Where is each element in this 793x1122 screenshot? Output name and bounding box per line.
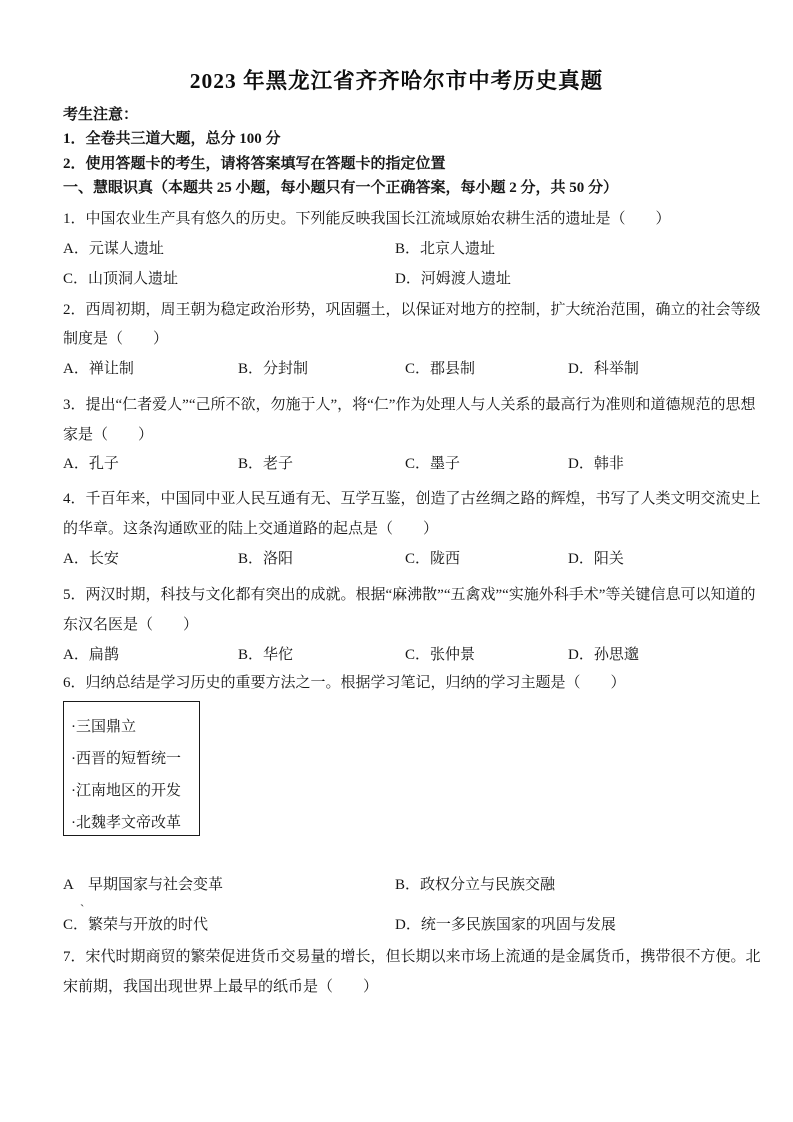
question-4-stem-line-2: 的华章。这条沟通欧亚的陆上交通道路的起点是（ ） — [63, 519, 438, 540]
notice-heading: 考生注意： — [63, 105, 138, 126]
question-1-option-d: D．河姆渡人遗址 — [395, 269, 511, 290]
question-5-option-c: C．张仲景 — [405, 645, 475, 666]
question-2-stem-line-1: 2．西周初期，周王朝为稳定政治形势，巩固疆土，以保证对地方的控制，扩大统治范围，… — [63, 300, 761, 321]
question-5-options-row: A．扁鹊 B．华佗 C．张仲景 D．孙思邈 — [63, 645, 743, 666]
note-box-item-1: ·三国鼎立 — [71, 711, 195, 743]
question-2-option-a: A．禅让制 — [63, 359, 134, 380]
question-1-option-c: C．山顶洞人遗址 — [63, 269, 178, 290]
note-box-item-2: ·西晋的短暂统一 — [71, 743, 195, 775]
question-1-stem: 1．中国农业生产具有悠久的历史。下列能反映我国长江流域原始农耕生活的遗址是（ ） — [63, 209, 671, 230]
question-6-options-row-2: C．繁荣与开放的时代 D．统一多民族国家的巩固与发展 — [63, 915, 743, 936]
stray-mark: ˏ — [80, 892, 84, 908]
question-1-options-row-2: C．山顶洞人遗址 D．河姆渡人遗址 — [63, 269, 743, 290]
exam-paper-page: 2023 年黑龙江省齐齐哈尔市中考历史真题 考生注意： 1．全卷共三道大题，总分… — [0, 0, 793, 1122]
notice-item-2: 2．使用答题卡的考生，请将答案填写在答题卡的指定位置 — [63, 154, 446, 175]
question-5-option-a: A．扁鹊 — [63, 645, 119, 666]
question-6-stem: 6．归纳总结是学习历史的重要方法之一。根据学习笔记，归纳的学习主题是（ ） — [63, 673, 626, 694]
question-2-option-d: D．科举制 — [568, 359, 639, 380]
question-3-stem-line-2: 家是（ ） — [63, 425, 153, 446]
note-box-item-3: ·江南地区的开发 — [71, 775, 195, 807]
question-4-options-row: A．长安 B．洛阳 C．陇西 D．阳关 — [63, 549, 743, 570]
question-3-stem-line-1: 3．提出“仁者爱人”“己所不欲，勿施于人”，将“仁”作为处理人与人关系的最高行为… — [63, 395, 755, 416]
question-2-option-b: B．分封制 — [238, 359, 308, 380]
question-6-option-d: D．统一多民族国家的巩固与发展 — [395, 915, 616, 936]
question-3-option-c: C．墨子 — [405, 454, 460, 475]
note-box-item-4: ·北魏孝文帝改革 — [71, 807, 195, 839]
question-6-option-b: B．政权分立与民族交融 — [395, 875, 555, 896]
question-1-option-a: A．元谋人遗址 — [63, 239, 164, 260]
question-1-option-b: B．北京人遗址 — [395, 239, 495, 260]
question-4-option-b: B．洛阳 — [238, 549, 293, 570]
question-4-stem-line-1: 4．千百年来，中国同中亚人民互通有无、互学互鉴，创造了古丝绸之路的辉煌，书写了人… — [63, 489, 761, 510]
question-3-option-b: B．老子 — [238, 454, 293, 475]
question-4-option-a: A．长安 — [63, 549, 119, 570]
section-heading: 一、慧眼识真（本题共 25 小题，每小题只有一个正确答案，每小题 2 分，共 5… — [63, 178, 618, 199]
question-2-options-row: A．禅让制 B．分封制 C．郡县制 D．科举制 — [63, 359, 743, 380]
notice-item-1: 1．全卷共三道大题，总分 100 分 — [63, 129, 281, 150]
question-7-stem-line-1: 7．宋代时期商贸的繁荣促进货币交易量的增长，但长期以来市场上流通的是金属货币，携… — [63, 947, 761, 968]
study-notes-box: ·三国鼎立 ·西晋的短暂统一 ·江南地区的开发 ·北魏孝文帝改革 — [63, 701, 200, 836]
question-3-option-a: A．孔子 — [63, 454, 119, 475]
question-2-option-c: C．郡县制 — [405, 359, 475, 380]
page-title: 2023 年黑龙江省齐齐哈尔市中考历史真题 — [0, 64, 793, 95]
question-5-stem-line-1: 5．两汉时期，科技与文化都有突出的成就。根据“麻沸散”“五禽戏”“实施外科手术”… — [63, 585, 755, 606]
question-6-option-c: C．繁荣与开放的时代 — [63, 915, 208, 936]
question-4-option-d: D．阳关 — [568, 549, 624, 570]
question-5-stem-line-2: 东汉名医是（ ） — [63, 615, 198, 636]
question-7-stem-line-2: 宋前期，我国出现世界上最早的纸币是（ ） — [63, 977, 378, 998]
question-1-options-row-1: A．元谋人遗址 B．北京人遗址 — [63, 239, 743, 260]
question-3-option-d: D．韩非 — [568, 454, 624, 475]
question-5-option-b: B．华佗 — [238, 645, 293, 666]
question-2-stem-line-2: 制度是（ ） — [63, 329, 168, 350]
question-6-option-a: A 早期国家与社会变革 — [63, 875, 223, 896]
question-5-option-d: D．孙思邈 — [568, 645, 639, 666]
question-3-options-row: A．孔子 B．老子 C．墨子 D．韩非 — [63, 454, 743, 475]
question-4-option-c: C．陇西 — [405, 549, 460, 570]
question-6-options-row-1: A 早期国家与社会变革 B．政权分立与民族交融 — [63, 875, 743, 896]
